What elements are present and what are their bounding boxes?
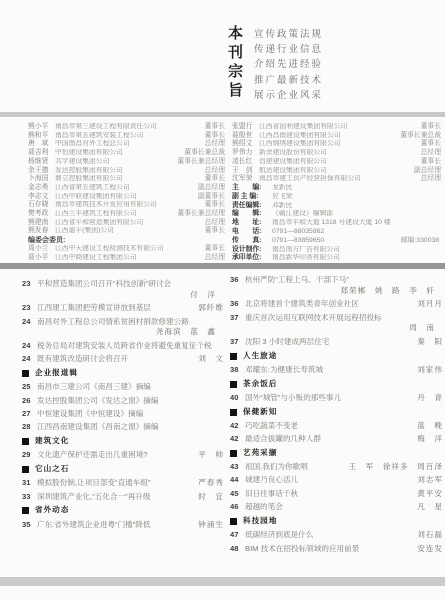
middle-divider-bar (0, 263, 445, 269)
toc-title: 国外“城管”与小贩的那些事儿 (245, 393, 409, 404)
section-square-icon (230, 353, 237, 360)
member-name: 余王德 (28, 167, 55, 176)
member-title: 董事长 (205, 123, 225, 132)
staff-credit-row: 承印单位: 南昌新华印务有限公司 (232, 254, 441, 263)
toc-entry: 它山之石 (22, 464, 224, 475)
toc-authors: 王 军 徐祥多 周百泽 (348, 462, 443, 473)
staff-role-label: 设计制作: (232, 246, 272, 255)
staff-role-label: 传 真: (232, 237, 272, 246)
toc-entry: 保健新知 (230, 407, 443, 418)
board-member-row: 金志勇 江西省第五建筑工程公司 副总经理 (28, 184, 225, 193)
staff-postcode (439, 254, 441, 263)
toc-title: 保健新知 (243, 407, 435, 418)
member-title: 副总经理 (198, 184, 225, 193)
board-member-row: 熊发春 江西迪平(集团)公司 董事长 (28, 227, 225, 236)
toc-page-number: 33 (22, 492, 37, 503)
mission-lines: 宣传政策法规传递行业信息介绍先进经验推广最新技术展示企业风采 (254, 24, 323, 103)
toc-entry: 43 祖国,我们为你歌唱 王 军 徐祥多 周百泽 (230, 462, 443, 473)
toc-title: 超越的笔会 (245, 502, 409, 513)
member-company: 江西中天建设工程检测技术有限公司 (55, 245, 199, 254)
toc-page-number: 42 (230, 421, 245, 432)
staff-credit-row: 设计制作: 南昌南方广告有限公司 (232, 246, 441, 255)
staff-postcode (439, 228, 441, 237)
toc-title: 江西昌南建设集团《昌南之窗》摘编 (37, 422, 216, 433)
section-square-icon (22, 370, 29, 377)
staff-role-value: 南昌市丰和大道 1318 号建设大厦 10 楼 (272, 219, 391, 228)
board-member-row: 熊小平 南昌市第三建设工程有限责任公司 董事长 (28, 123, 225, 132)
member-name: 沈军荣 (232, 175, 259, 184)
toc-page-number: 23 (22, 279, 37, 290)
toc-entry: 建筑文化 (22, 436, 224, 447)
bottom-divider-bar (0, 577, 445, 586)
member-title: 总经理 (205, 167, 225, 176)
toc-page-number: 31 (22, 478, 37, 489)
staff-postcode (439, 184, 441, 193)
board-member-row: 石存晓 南昌市建筑技术开发应用有限公司 董事长 (28, 201, 225, 210)
toc-title: 北京将建首个建筑类青年创业社区 (245, 299, 409, 310)
staff-credit-row: 地 址: 南昌市丰和大道 1318 号建设大厦 10 楼 (232, 219, 441, 228)
mission-title-char: 本 (228, 24, 243, 43)
staff-role-value: 0791—88035862 (272, 228, 324, 237)
mission-title-char: 旨 (228, 81, 243, 100)
toc-title: 南昌对外工程总公司情系贫困村捐款修建公路 (37, 317, 224, 328)
toc-page-number: 46 (230, 502, 245, 513)
staff-postcode (439, 202, 441, 211)
toc-left-column: 23 平和营造集团公司召开“科技创新”研讨会 付 洋 23 江西建工集团把劳模宣… (22, 279, 224, 533)
board-member-row: 聂殷世 江西昌南建设集团有限公司 董事长兼总裁 (232, 132, 441, 141)
toc-entry: 37 沈阳 3 小时建成两层住宅 秦 阳 (230, 337, 443, 348)
board-member-row: 周小兰 江西中天建设工程检测技术有限公司 董事长 (28, 245, 225, 254)
toc-authors: 梅 洋 (417, 434, 443, 445)
member-title: 董事长兼总经理 (177, 158, 225, 167)
member-company: 南昌市建工资产经营担保有限公司 (259, 175, 415, 184)
member-title: 董事长兼总经理 (177, 210, 225, 219)
staff-role-value: 《赣江建设》编辑部 (272, 210, 333, 219)
toc-entry: 科技园地 (230, 516, 443, 527)
toc-authors: 严春秀 (198, 478, 224, 489)
toc-title: 科技园地 (243, 516, 435, 527)
member-name: 聂小平 (28, 254, 55, 263)
member-title: 董事长 (421, 140, 441, 149)
mission-line: 传递行业信息 (254, 42, 323, 57)
member-title: 董事长兼总裁 (184, 149, 225, 158)
staff-credit-row: 副 主 编: 应飞荣 (232, 193, 441, 202)
member-title: 董事长 (421, 158, 441, 167)
toc-title: 旧日往事话千秋 (245, 489, 409, 500)
mission-line: 介绍先进经验 (254, 57, 323, 72)
staff-role-value: 0791—83859650 (272, 237, 324, 246)
board-member-list-right: 张盟行 江西省国利建设集团有限公司 董事长 聂殷世 江西昌南建设集团有限公司 董… (232, 123, 441, 184)
section-square-icon (230, 518, 237, 525)
member-name: 聂吉利 (28, 149, 55, 158)
toc-title: 低碳经济到底是什么 (245, 530, 409, 541)
toc-title: 杭州严防“工程上马、干部下马” (245, 275, 443, 286)
toc-title: 平和营造集团公司召开“科技创新”研讨会 (37, 279, 224, 290)
member-company: 江西迪平(集团)公司 (55, 227, 199, 236)
toc-entry: 31 模拟股份制,让项目部变“直通车组” 严春秀 (22, 478, 224, 489)
toc-entry: 47 低碳经济到底是什么 刘石磊 (230, 530, 443, 541)
member-name: 罗伟力 (232, 149, 259, 158)
mission-title-char: 刊 (228, 43, 243, 62)
toc-entry: 人生旅途 (230, 351, 443, 362)
member-company: 江西中联建设集团有限公司 (55, 193, 192, 202)
staff-postcode: 邮编:330038 (401, 237, 441, 246)
toc-title: 南昌市三建公司《南昌三建》摘编 (37, 382, 216, 393)
toc-entry: 33 深圳建筑产业化,“五化合一”再升级 时 宜 (22, 492, 224, 503)
toc-page-number: 24 (22, 317, 37, 328)
member-company: 江西省国利建设集团有限公司 (259, 123, 415, 132)
staff-postcode (439, 219, 441, 228)
staff-role-value: 南昌新华印务有限公司 (272, 254, 340, 263)
member-company: 鼎立控股集团有限公司 (55, 175, 199, 184)
toc-title: 中恒建设集团《中恒建设》摘编 (37, 409, 216, 420)
toc-authors: 刘石磊 (417, 530, 443, 541)
toc-entry: 40 国外“城管”与小贩的那些事儿 丹 青 (230, 393, 443, 404)
mission-line: 推广最新技术 (254, 73, 323, 88)
member-company: 中恒建设集团有限公司 (55, 149, 178, 158)
member-company: 航达建设集团有限公司 (259, 167, 408, 176)
member-company: 江西昌南建设集团有限公司 (259, 132, 394, 141)
member-name: 樊考政 (28, 210, 55, 219)
toc-title: 建筑文化 (35, 436, 216, 447)
toc-entry: 42 巧吃蔬菜不变老 蓝 晚 (230, 421, 443, 432)
member-company: 江西锦绣建设集团有限公司 (259, 140, 415, 149)
board-member-row: 李志文 江西中联建设集团有限公司 副董事长 (28, 193, 225, 202)
masthead-left-column: 熊小平 南昌市第三建设工程有限责任公司 董事长 熊和平 南昌市第五建筑安装工程公… (28, 123, 225, 263)
toc-title: 它山之石 (35, 464, 216, 475)
member-name: 凌长红 (232, 158, 259, 167)
staff-role-label: 电 话: (232, 228, 272, 237)
board-member-row: 沈军荣 南昌市建工资产经营担保有限公司 总经理 (232, 175, 441, 184)
staff-role-value: 邓新民 (272, 202, 292, 211)
board-member-row: 樊考政 江西兰丰建筑工程有限公司 董事长兼总经理 (28, 210, 225, 219)
toc-page-number: 45 (230, 489, 245, 500)
member-name: 金志勇 (28, 184, 55, 193)
toc-title: 深圳建筑产业化,“五化合一”再升级 (37, 492, 190, 503)
member-company: 新余建设股份有限公司 (259, 149, 415, 158)
staff-credit-row: 主 编: 龙新民 (232, 184, 441, 193)
section-square-icon (230, 450, 237, 457)
member-company: 江西省平和营造集团有限公司 (55, 219, 199, 228)
staff-credit-row: 传 真: 0791—83859650 邮编:330038 (232, 237, 441, 246)
toc-title: 巧吃蔬菜不变老 (245, 421, 409, 432)
member-name: 熊发春 (28, 227, 55, 236)
member-title: 总经理 (421, 149, 441, 158)
member-company: 昌建建设集团有限公司 (259, 158, 415, 167)
member-company: 共宇建设集团公司 (55, 158, 171, 167)
toc-title: 茶余饭后 (243, 379, 435, 390)
toc-authors: 黄平安 (417, 489, 443, 500)
toc-authors: 凡 星 (417, 502, 443, 513)
toc-entry: 37 重庆首次运用互联网技术开展远程招投标 周 南 (230, 313, 443, 335)
toc-authors: 钟涌生 (198, 520, 224, 531)
member-title: 总经理 (205, 140, 225, 149)
toc-authors: 郭纤维 (198, 303, 224, 314)
toc-entry: 45 旧日往事话千秋 黄平安 (230, 489, 443, 500)
toc-authors: 平 帅 (198, 450, 224, 461)
staff-credit-row: 责任编辑: 邓新民 (232, 202, 441, 211)
mission-line: 宣传政策法规 (254, 27, 323, 42)
board-member-row: 聂小平 江西中商建设工程集团公司 总经理 (28, 254, 225, 263)
toc-page-number: 28 (22, 422, 37, 433)
member-name: 卜海国 (28, 175, 55, 184)
toc-entry: 艺苑采撷 (230, 448, 443, 459)
member-company: 江西兰丰建筑工程有限公司 (55, 210, 171, 219)
member-title: 总经理 (205, 254, 225, 263)
toc-page-number: 38 (230, 365, 245, 376)
toc-title: 税务总局对建筑安装人员跨省作业将避免重复征个税 (37, 341, 216, 352)
toc-entry: 企业报道辑 (22, 368, 224, 379)
toc-title: 模拟股份制,让项目部变“直通车组” (37, 478, 190, 489)
toc-title: 省外动态 (35, 505, 216, 516)
board-member-row: 凌长红 昌建建设集团有限公司 董事长 (232, 158, 441, 167)
toc-title: 重庆首次运用互联网技术开展远程招投标 (245, 313, 443, 324)
editorial-committee-subheader: 编委会委员: (28, 236, 225, 245)
section-square-icon (22, 507, 29, 514)
section-square-icon (22, 438, 29, 445)
toc-authors: 刘志军 (417, 475, 443, 486)
staff-role-label: 副 主 编: (232, 193, 272, 202)
toc-page-number: 44 (230, 475, 245, 486)
staff-role-label: 地 址: (232, 219, 272, 228)
member-title: 董事长 (205, 227, 225, 236)
toc-authors: 付 洋 (22, 290, 224, 301)
toc-page-number: 47 (230, 530, 245, 541)
board-member-row: 罗伟力 新余建设股份有限公司 总经理 (232, 149, 441, 158)
member-name: 熊绍文 (232, 140, 259, 149)
member-name: 石存晓 (28, 201, 55, 210)
member-company: 江西省第五建筑工程公司 (55, 184, 192, 193)
member-name: 张盟行 (232, 123, 259, 132)
member-company: 南昌市建筑技术开发应用有限公司 (55, 201, 199, 210)
toc-page-number: 27 (22, 409, 37, 420)
toc-page-number: 36 (230, 299, 245, 310)
top-divider-bar (0, 112, 445, 117)
member-name: 熊小平 (28, 123, 55, 132)
journal-mission-block: 本刊宗旨 宣传政策法规传递行业信息介绍先进经验推广最新技术展示企业风采 (228, 24, 323, 103)
toc-entry: 42 最适合拔罐的几种人群 梅 洋 (230, 434, 443, 445)
toc-entry: 省外动态 (22, 505, 224, 516)
toc-authors: 周 南 (230, 323, 443, 334)
mission-title-vertical: 本刊宗旨 (228, 24, 243, 103)
member-title: 董事长 (205, 245, 225, 254)
toc-entry: 24 税务总局对建筑安装人员跨省作业将避免重复征个税 (22, 341, 224, 352)
staff-role-label: 承印单位: (232, 254, 272, 263)
toc-page-number: 25 (22, 382, 37, 393)
toc-page-number: 36 (230, 275, 245, 286)
toc-entry: 35 广东:省外建筑企业进粤“门槛”降低 钟涌生 (22, 520, 224, 531)
board-member-row: 杨继贤 共宇建设集团公司 董事长兼总经理 (28, 158, 225, 167)
toc-entry: 36 北京将建首个建筑类青年创业社区 刘月月 (230, 299, 443, 310)
member-title: 董事长 (205, 175, 225, 184)
toc-entry: 44 城建乃良心活儿 刘志军 (230, 475, 443, 486)
toc-entry: 38 邓耀东:为健康长寿筑城 刘家伟 (230, 365, 443, 376)
toc-title: 城建乃良心活儿 (245, 475, 409, 486)
toc-title: 文化遗产保护还需走出几重困境? (37, 450, 190, 461)
toc-page-number: 24 (22, 354, 37, 365)
toc-entry: 23 平和营造集团公司召开“科技创新”研讨会 付 洋 (22, 279, 224, 301)
member-name: 王 剑 (232, 167, 259, 176)
toc-entry: 36 杭州严防“工程上马、干部下马” 郑荣郴 姚 路 李 轩 (230, 275, 443, 297)
toc-authors: 秦 阳 (417, 337, 443, 348)
toc-entry: 48 BIM 技术在招投标领域的应用前景 安连发 (230, 544, 443, 555)
toc-page-number: 29 (22, 450, 37, 461)
staff-postcode (439, 193, 441, 202)
toc-title: 发达控股集团公司《发达之窗》摘编 (37, 396, 216, 407)
member-company: 南昌市第五建筑安装工程公司 (55, 132, 199, 141)
staff-role-label: 编 辑: (232, 210, 272, 219)
toc-page-number: 37 (230, 313, 245, 324)
toc-page-number: 42 (230, 434, 245, 445)
toc-page-number: 40 (230, 393, 245, 404)
board-member-row: 余王德 发达控股集团有限公司 总经理 (28, 167, 225, 176)
toc-entry: 46 超越的笔会 凡 星 (230, 502, 443, 513)
staff-role-label: 主 编: (232, 184, 272, 193)
toc-authors: 时 宜 (198, 492, 224, 503)
toc-page-number: 43 (230, 462, 245, 473)
staff-credit-row: 编 辑: 《赣江建设》编辑部 (232, 210, 441, 219)
toc-page-number: 26 (22, 396, 37, 407)
toc-authors: 尧海滨 蓝 鑫 (22, 327, 224, 338)
toc-authors: 蓝 晚 (417, 421, 443, 432)
toc-title: 沈阳 3 小时建成两层住宅 (245, 337, 409, 348)
toc-entry: 28 江西昌南建设集团《昌南之窗》摘编 (22, 422, 224, 433)
member-name: 唐 斌 (28, 140, 55, 149)
toc-entry: 24 南昌对外工程总公司情系贫困村捐款修建公路 尧海滨 蓝 鑫 (22, 317, 224, 339)
toc-title: 祖国,我们为你歌唱 (245, 462, 340, 473)
toc-title: 邓耀东:为健康长寿筑城 (245, 365, 409, 376)
section-square-icon (22, 466, 29, 473)
staff-role-value: 南昌南方广告有限公司 (272, 246, 340, 255)
toc-title: 最适合拔罐的几种人群 (245, 434, 409, 445)
toc-right-column: 36 杭州严防“工程上马、干部下马” 郑荣郴 姚 路 李 轩 36 北京将建首个… (230, 275, 443, 557)
committee-member-list: 周小兰 江西中天建设工程检测技术有限公司 董事长 聂小平 江西中商建设工程集团公… (28, 245, 225, 262)
member-title: 董事长 (421, 123, 441, 132)
toc-page-number: 24 (22, 341, 37, 352)
mission-line: 展示企业风采 (254, 88, 323, 103)
member-title: 总经理 (421, 175, 441, 184)
member-title: 董事长 (205, 201, 225, 210)
board-member-row: 唐 斌 中国南昌对外工程总公司 总经理 (28, 140, 225, 149)
board-member-row: 熊绍文 江西锦绣建设集团有限公司 董事长 (232, 140, 441, 149)
member-name: 杨继贤 (28, 158, 55, 167)
board-member-row: 王 剑 航达建设集团有限公司 副总经理 (232, 167, 441, 176)
toc-authors: 丹 青 (417, 393, 443, 404)
member-name: 周小兰 (28, 245, 55, 254)
staff-credits-list: 主 编: 龙新民 副 主 编: 应飞荣 责任编辑: 邓新民 编 (232, 184, 441, 263)
staff-role-value: 应飞荣 (272, 193, 292, 202)
toc-entry: 25 南昌市三建公司《南昌三建》摘编 (22, 382, 224, 393)
staff-role-label: 责任编辑: (232, 202, 272, 211)
toc-title: 艺苑采撷 (243, 448, 435, 459)
member-title: 副总经理 (414, 167, 441, 176)
toc-page-number: 37 (230, 337, 245, 348)
member-company: 中国南昌对外工程总公司 (55, 140, 199, 149)
board-member-row: 聂吉利 中恒建设集团有限公司 董事长兼总裁 (28, 149, 225, 158)
toc-page-number: 35 (22, 520, 37, 531)
staff-postcode (439, 246, 441, 255)
toc-page-number: 23 (22, 303, 37, 314)
masthead-right-column: 张盟行 江西省国利建设集团有限公司 董事长 聂殷世 江西昌南建设集团有限公司 董… (232, 123, 441, 263)
toc-authors: 刘家伟 (417, 365, 443, 376)
toc-title: 江西建工集团把劳模宣讲放到基层 (37, 303, 190, 314)
toc-entry: 茶余饭后 (230, 379, 443, 390)
toc-authors: 安连发 (417, 544, 443, 555)
staff-credit-row: 电 话: 0791—88035862 (232, 228, 441, 237)
toc-title: 企业报道辑 (35, 368, 216, 379)
member-company: 发达控股集团有限公司 (55, 167, 199, 176)
toc-entry: 24 既有建筑改造研讨会将召开 刘 文 (22, 354, 224, 365)
staff-postcode (439, 210, 441, 219)
toc-authors: 刘月月 (417, 299, 443, 310)
toc-authors: 刘 文 (198, 354, 224, 365)
toc-entry: 27 中恒建设集团《中恒建设》摘编 (22, 409, 224, 420)
toc-entry: 29 文化遗产保护还需走出几重困境? 平 帅 (22, 450, 224, 461)
mission-title-char: 宗 (228, 62, 243, 81)
board-member-row: 熊和平 南昌市第五建筑安装工程公司 董事长 (28, 132, 225, 141)
toc-title: BIM 技术在招投标领域的应用前景 (245, 544, 409, 555)
board-member-list: 熊小平 南昌市第三建设工程有限责任公司 董事长 熊和平 南昌市第五建筑安装工程公… (28, 123, 225, 236)
section-square-icon (230, 409, 237, 416)
toc-entry: 23 江西建工集团把劳模宣讲放到基层 郭纤维 (22, 303, 224, 314)
toc-authors: 郑荣郴 姚 路 李 轩 (230, 286, 443, 297)
toc-page-number: 48 (230, 544, 245, 555)
board-member-row: 卜海国 鼎立控股集团有限公司 董事长 (28, 175, 225, 184)
section-square-icon (230, 381, 237, 388)
staff-role-value: 龙新民 (272, 184, 292, 193)
toc-title: 人生旅途 (243, 351, 435, 362)
member-company: 江西中商建设工程集团公司 (55, 254, 199, 263)
board-member-row: 熊建南 江西省平和营造集团有限公司 总经理 (28, 219, 225, 228)
member-company: 南昌市第三建设工程有限责任公司 (55, 123, 199, 132)
toc-title: 既有建筑改造研讨会将召开 (37, 354, 190, 365)
board-member-row: 张盟行 江西省国利建设集团有限公司 董事长 (232, 123, 441, 132)
toc-entry: 26 发达控股集团公司《发达之窗》摘编 (22, 396, 224, 407)
toc-title: 广东:省外建筑企业进粤“门槛”降低 (37, 520, 190, 531)
